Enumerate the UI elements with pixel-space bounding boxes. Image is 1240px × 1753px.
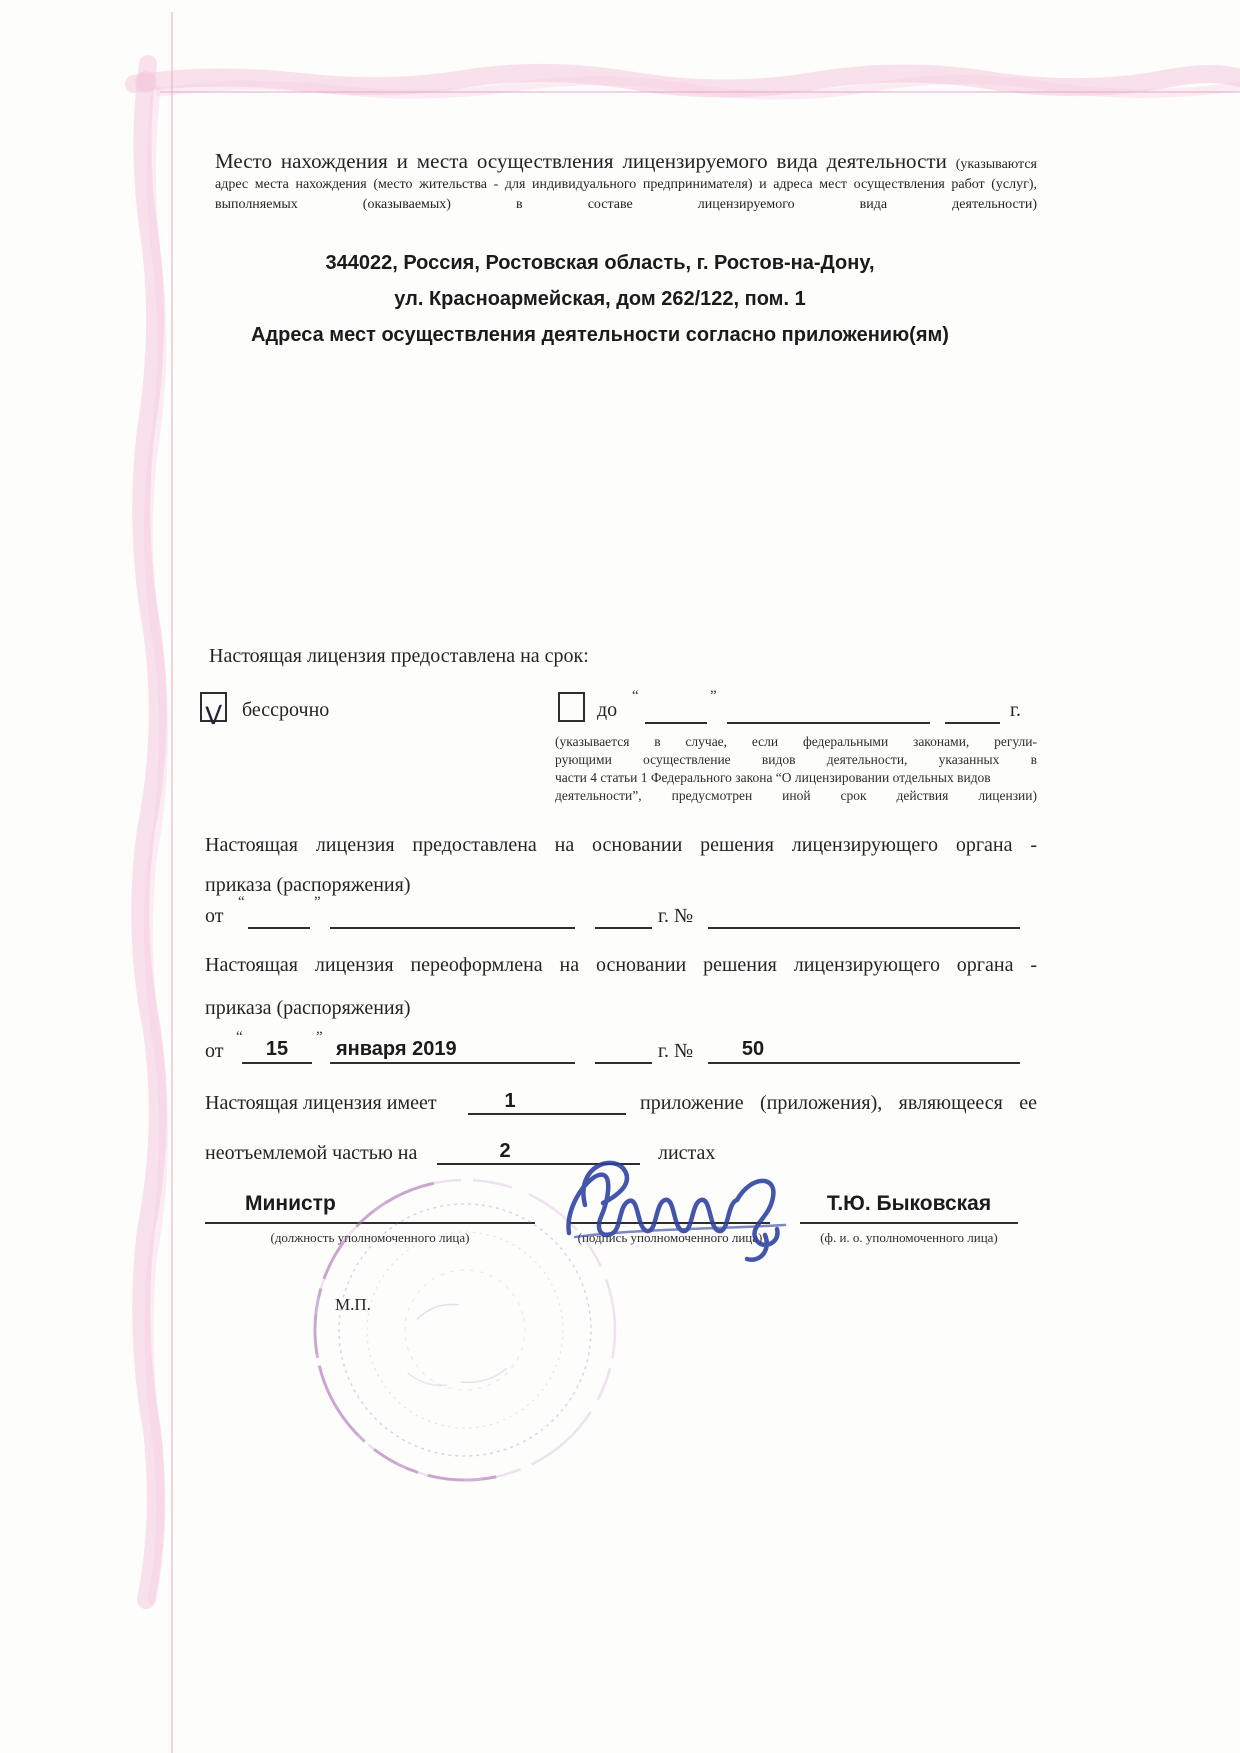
location-paragraph: Место нахождения и места осуществления л… (215, 148, 1037, 215)
grant-open-quote: “ (238, 894, 245, 911)
reissue-paragraph-line-2: приказа (распоряжения) (205, 995, 411, 1021)
grant-month-blank-line (330, 927, 575, 929)
reissue-number-label: г. № (658, 1038, 693, 1064)
location-heading: Место нахождения и места осуществления л… (215, 149, 956, 173)
grant-year-blank-line (595, 927, 652, 929)
reissue-month-blank-line (330, 1062, 575, 1064)
grant-day-blank-line (248, 927, 310, 929)
address-line-1: 344022, Россия, Ростовская область, г. Р… (160, 252, 1040, 275)
name-value: Т.Ю. Быковская (800, 1192, 1018, 1216)
term-note-line-2: рующими осуществление видов деятельности… (555, 751, 1037, 769)
reissue-day-blank-line (242, 1062, 312, 1064)
handwritten-signature-icon (555, 1145, 795, 1265)
address-line-3: Адреса мест осуществления деятельности с… (160, 324, 1040, 347)
grant-paragraph-line-2: приказа (распоряжения) (205, 872, 411, 898)
reissue-close-quote: ” (316, 1029, 323, 1046)
name-caption: (ф. и. о. уполномоченного лица) (800, 1230, 1018, 1246)
name-line (800, 1222, 1018, 1224)
until-month-blank-line (727, 722, 930, 724)
grant-number-label: г. № (658, 903, 693, 929)
reissue-number-blank-line (708, 1062, 1020, 1064)
scanned-license-page: Место нахождения и места осуществления л… (0, 0, 1240, 1753)
until-label: до (597, 697, 617, 723)
reissue-day-value: 15 (242, 1038, 312, 1061)
address-line-2: ул. Красноармейская, дом 262/122, пом. 1 (160, 288, 1040, 311)
reissue-number-value: 50 (708, 1038, 798, 1061)
reissue-month-year-value: января 2019 (336, 1038, 457, 1061)
term-note-line-4: деятельности”, предусмотрен иной срок де… (555, 787, 1037, 805)
attachments-line-1-prefix: Настоящая лицензия имеет (205, 1090, 437, 1116)
until-open-quote: “ (632, 688, 639, 705)
term-heading: Настоящая лицензия предоставлена на срок… (209, 643, 589, 669)
until-year-suffix: г. (1010, 697, 1021, 723)
perpetual-label: бессрочно (242, 697, 329, 723)
until-day-blank-line (645, 722, 707, 724)
perpetual-checkmark-icon: V (205, 700, 222, 731)
reissue-year-blank-line (595, 1062, 652, 1064)
attachments-line-1-suffix: приложение (приложения), являющееся ее (640, 1090, 1037, 1116)
until-checkbox (558, 692, 585, 722)
grant-paragraph-line-1: Настоящая лицензия предоставлена на осно… (205, 832, 1037, 858)
until-close-quote: ” (710, 688, 717, 705)
term-note-line-3: части 4 статьи 1 Федерального закона “О … (555, 769, 1037, 787)
reissue-paragraph-line-1: Настоящая лицензия переоформлена на осно… (205, 952, 1037, 978)
grant-from-label: от (205, 903, 223, 929)
until-year-blank-line (945, 722, 1000, 724)
attachment-count-blank-line (468, 1113, 626, 1115)
reissue-from-label: от (205, 1038, 223, 1064)
grant-number-blank-line (708, 927, 1020, 929)
term-note-line-1: (указывается в случае, если федеральными… (555, 733, 1037, 751)
grant-close-quote: ” (314, 894, 321, 911)
attachment-count-value: 1 (470, 1090, 550, 1113)
